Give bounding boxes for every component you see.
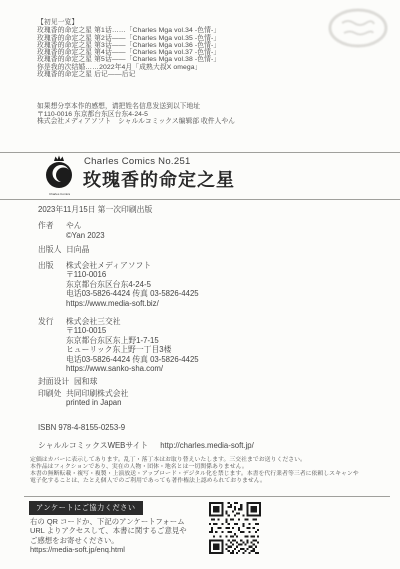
publisher-person-label: 出版人 bbox=[38, 245, 61, 254]
divider bbox=[0, 152, 400, 153]
colophon-page: 【初见一览】 玫瑰香的命定之星 第1话……「Charles Mga vol.34… bbox=[0, 0, 400, 569]
publisher-phone: 电话03-5826-4424 传真 03-5826-4425 bbox=[66, 289, 199, 298]
publisher-address: 东京都台东区台东4-24-5 bbox=[66, 280, 199, 289]
edition-line: 2023年11月15日 第一次印刷出版 bbox=[38, 205, 152, 214]
survey-line: ご感想をお寄せください。 bbox=[30, 536, 187, 545]
charles-comics-logo: Charles Comics bbox=[39, 155, 79, 199]
divider bbox=[0, 199, 400, 200]
isbn-line: ISBN 978-4-8155-0253-9 bbox=[38, 423, 125, 432]
crown-crescent-icon bbox=[42, 155, 76, 189]
first-appearance-item: 你是我的次结婚……2022年4月「成熟大叔X omega」 bbox=[37, 64, 220, 71]
first-appearance-list: 【初见一览】 玫瑰香的命定之星 第1话……「Charles Mga vol.34… bbox=[37, 19, 220, 78]
legal-text: 定価はカバーに表示してあります。乱丁・落丁本はお取り替えいたします。三交社までお… bbox=[30, 457, 359, 485]
printer-name: 共同印刷株式会社 bbox=[66, 389, 128, 398]
feedback-address-block: 如果想分享本作的感想，请把姓名信息发送到以下地址 〒110-0016 东京都台东… bbox=[37, 103, 235, 126]
first-appearance-header: 【初见一览】 bbox=[37, 19, 220, 26]
copyright-line: ©Yan 2023 bbox=[66, 231, 105, 240]
publisher-person-name: 日向晶 bbox=[66, 245, 89, 254]
publisher-name: 株式会社メディアソフト bbox=[66, 261, 199, 270]
survey-instructions: 右の QR コードか、下記のアンケートフォーム URL よりアクセスして、本書に… bbox=[30, 517, 187, 554]
logo-caption: Charles Comics bbox=[49, 193, 69, 196]
printer-label: 印刷处 bbox=[38, 389, 61, 398]
feedback-line: 株式会社メディアソフト シャルルコミックス编辑部 收件人やん bbox=[37, 118, 235, 126]
divider bbox=[24, 496, 390, 497]
publisher-postal: 〒110-0016 bbox=[66, 270, 199, 279]
qr-code bbox=[209, 502, 261, 554]
website-line: シャルルコミックスWEBサイトhttp://charles.media-soft… bbox=[38, 441, 254, 450]
distributor-address: 东京都台东区东上野1-7-15 bbox=[66, 336, 199, 345]
author-name: やん bbox=[66, 221, 82, 230]
survey-line: URL よりアクセスして、本書に関するご意見や bbox=[30, 526, 187, 535]
distributor-name: 株式会社三交社 bbox=[66, 317, 199, 326]
first-appearance-item: 玫瑰香的命定之星 第5话——「Charles Mga vol.38 -色情-」 bbox=[37, 56, 220, 63]
publisher-block: 株式会社メディアソフト 〒110-0016 东京都台东区台东4-24-5 电话0… bbox=[66, 261, 199, 308]
legal-line: 電子化することは、たとえ個人でのご利用であっても著作権法上認められておりません。 bbox=[30, 478, 359, 485]
printed-in-japan: printed in Japan bbox=[66, 398, 121, 407]
distributor-postal: 〒110-0015 bbox=[66, 326, 199, 335]
publisher-url: https://www.media-soft.biz/ bbox=[66, 299, 199, 308]
distributor-building: ヒューリック东上野一丁目3楼 bbox=[66, 345, 199, 354]
survey-line: 右の QR コードか、下記のアンケートフォーム bbox=[30, 517, 187, 526]
survey-url: https://media-soft.jp/enq.html bbox=[30, 545, 187, 554]
distributor-phone: 电话03-5826-4424 传真 03-5826-4425 bbox=[66, 355, 199, 364]
first-appearance-item: 玫瑰香的命定之星 第2话——「Charles Mga vol.35 -色情-」 bbox=[37, 35, 220, 42]
distributor-block: 株式会社三交社 〒110-0015 东京都台东区东上野1-7-15 ヒューリック… bbox=[66, 317, 199, 373]
distributor-label: 发行 bbox=[38, 317, 54, 326]
cover-designer-name: 园和球 bbox=[74, 377, 97, 386]
book-title: 玫瑰香的命定之星 bbox=[83, 166, 235, 192]
first-appearance-item: 玫瑰香的命定之星 第1话……「Charles Mga vol.34 -色情-」 bbox=[37, 27, 220, 34]
distributor-url: https://www.sanko-sha.com/ bbox=[66, 364, 199, 373]
first-appearance-item: 玫瑰香的命定之星 后记——后记 bbox=[37, 71, 220, 78]
website-url: http://charles.media-soft.jp/ bbox=[160, 441, 254, 450]
stamp-watermark bbox=[326, 4, 390, 57]
website-label: シャルルコミックスWEBサイト bbox=[38, 441, 148, 450]
publisher-label: 出版 bbox=[38, 261, 54, 270]
cover-design-label: 封面设计 bbox=[38, 377, 69, 386]
feedback-line: 如果想分享本作的感想，请把姓名信息发送到以下地址 bbox=[37, 103, 235, 111]
survey-header-badge: アンケートにご協力ください bbox=[29, 501, 143, 515]
author-label: 作者 bbox=[38, 221, 54, 230]
